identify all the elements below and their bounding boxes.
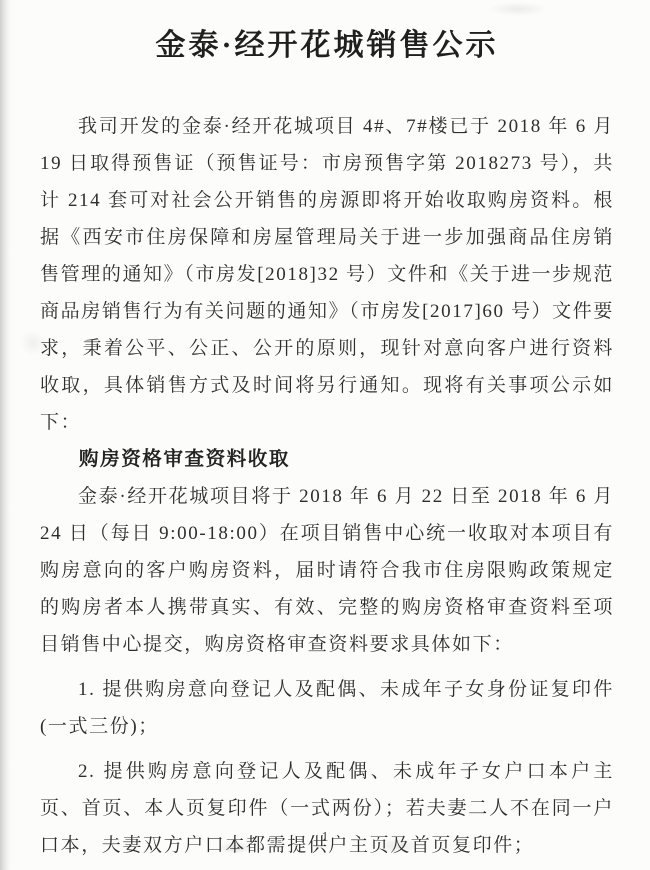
scan-edge-shadow [0,0,12,870]
document-title: 金泰·经开花城销售公示 [40,24,614,68]
page-number: 1 [0,830,650,846]
list-item-1: 1. 提供购房意向登记人及配偶、未成年子女身份证复印件(一式三份)； [40,671,614,745]
section-heading: 购房资格审查资料收取 [40,441,614,478]
document-page: 金泰·经开花城销售公示 我司开发的金泰·经开花城项目 4#、7#楼已于 2018… [0,0,650,870]
paragraph-intro: 我司开发的金泰·经开花城项目 4#、7#楼已于 2018 年 6 月 19 日取… [40,108,614,441]
paragraph-collection-details: 金泰·经开花城项目将于 2018 年 6 月 22 日至 2018 年 6 月 … [40,478,614,663]
list-item-2: 2. 提供购房意向登记人及配偶、未成年子女户口本户主页、首页、本人页复印件（一式… [40,753,614,864]
scan-smudge [488,2,548,16]
